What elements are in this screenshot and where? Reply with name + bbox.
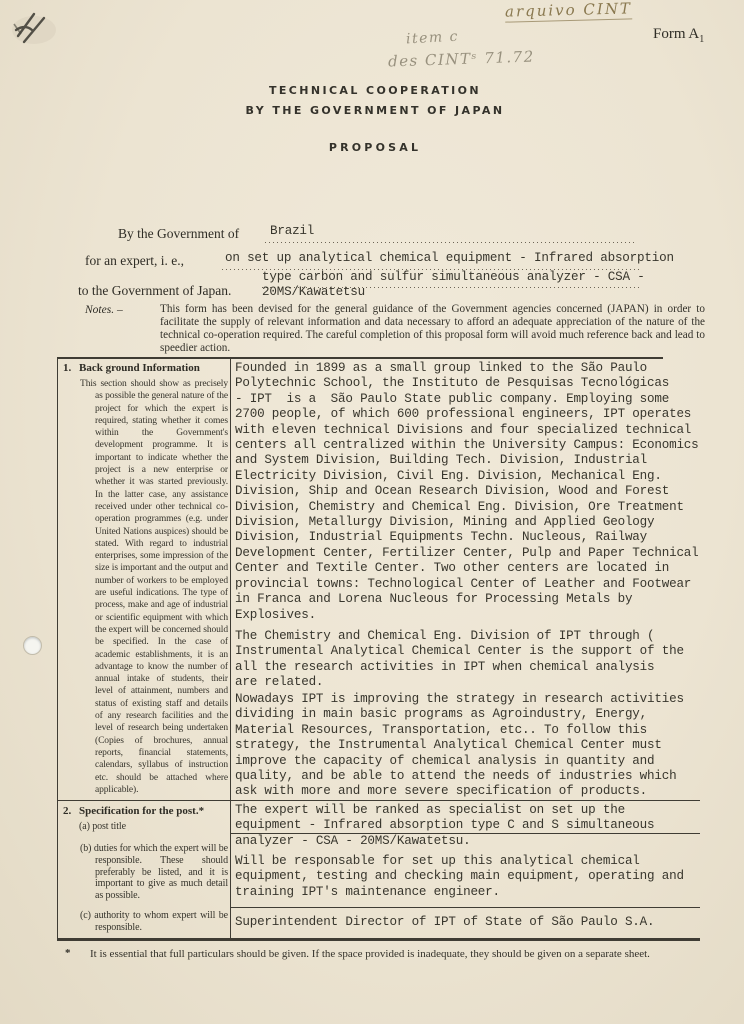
expert-value-line1: on set up analytical chemical equipment … bbox=[225, 251, 674, 266]
section2-item-b-label: (b) duties for which the expert will be … bbox=[95, 843, 228, 902]
section1-number: 1. bbox=[63, 362, 71, 374]
section2-item-a-label: (a) post title bbox=[79, 821, 229, 833]
footnote-marker: * bbox=[65, 947, 71, 959]
handwritten-item-note-line1: item c bbox=[406, 29, 460, 48]
by-government-value: Brazil bbox=[270, 224, 314, 239]
handwritten-archive-note: arquivo CINT bbox=[505, 0, 632, 23]
form-number-text: Form A bbox=[653, 26, 699, 42]
notes-paragraph: This form has been devised for the gener… bbox=[160, 303, 705, 355]
section1-answer-paragraph3: Nowadays IPT is improving the strategy i… bbox=[235, 692, 740, 800]
title-line-3: PROPOSAL bbox=[210, 141, 540, 154]
section2-answer-c: Superintendent Director of IPT of State … bbox=[235, 915, 740, 930]
title-line-2: BY THE GOVERNMENT OF JAPAN bbox=[210, 104, 540, 117]
table-bottom-border bbox=[57, 938, 700, 941]
section1-answer-paragraph2: The Chemistry and Chemical Eng. Division… bbox=[235, 629, 740, 691]
document-title-block: TECHNICAL COOPERATION BY THE GOVERNMENT … bbox=[210, 84, 540, 154]
dotted-line-1 bbox=[265, 241, 637, 243]
section2-answer-a: The expert will be ranked as specialist … bbox=[235, 803, 740, 849]
section2-number: 2. bbox=[63, 805, 71, 817]
table-left-border bbox=[57, 357, 58, 939]
section2-item-c-label: (c) authority to whom expert will be res… bbox=[95, 910, 228, 934]
table-top-border bbox=[57, 357, 663, 359]
section2-answer-b: Will be responsable for set up this anal… bbox=[235, 854, 740, 900]
section1-guidance-text: This section should show as precisely as… bbox=[95, 378, 228, 796]
answer-b-rule bbox=[230, 907, 700, 908]
punch-hole bbox=[23, 636, 42, 655]
for-expert-label: for an expert, i. e., bbox=[85, 253, 184, 269]
by-government-label: By the Government of bbox=[118, 226, 239, 242]
footnote-text: It is essential that full particulars sh… bbox=[90, 948, 705, 960]
notes-label: Notes. – bbox=[85, 304, 123, 316]
section-divider-line bbox=[57, 800, 700, 801]
title-line-1: TECHNICAL COOPERATION bbox=[210, 84, 540, 97]
scanned-form-page: arquivo CINT Form A1 item c des CINTˢ 71… bbox=[0, 0, 744, 1024]
expert-value-line2: type carbon and sulfur simultaneous anal… bbox=[262, 270, 744, 301]
to-government-label: to the Government of Japan. bbox=[78, 283, 231, 299]
section1-answer-paragraph1: Founded in 1899 as a small group linked … bbox=[235, 361, 740, 623]
form-number-label: Form A1 bbox=[653, 26, 704, 45]
handwritten-item-note-line2: des CINTˢ 71.72 bbox=[388, 47, 535, 70]
corner-scribble-mark bbox=[4, 2, 68, 58]
table-column-divider bbox=[230, 357, 231, 939]
form-number-subscript: 1 bbox=[699, 34, 704, 45]
section2-heading: Specification for the post.* bbox=[79, 805, 204, 817]
section1-heading: Back ground Information bbox=[79, 362, 200, 374]
